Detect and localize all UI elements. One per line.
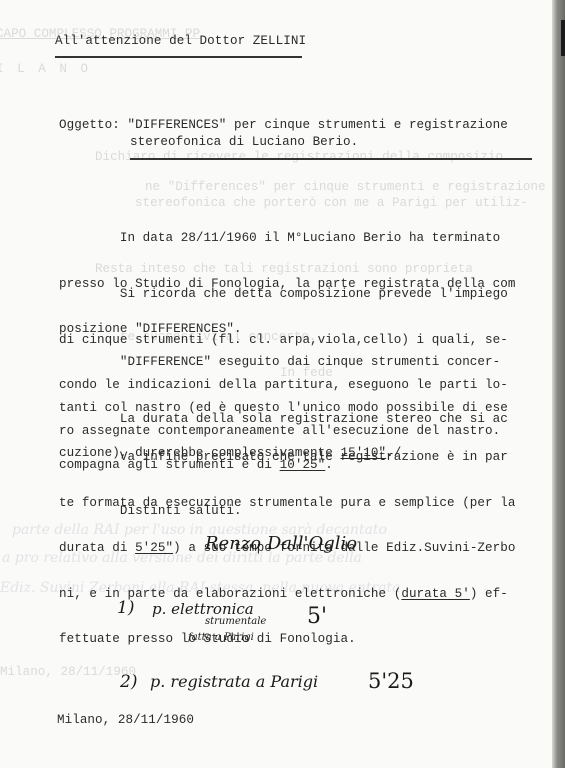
note-2-number: 2) — [120, 672, 137, 692]
note-1-number: 1) — [117, 598, 134, 618]
note-2-text: p. registrata a Parigi — [150, 672, 318, 691]
paragraph-line: fettuate presso lo Studio di Fonologia. — [59, 632, 515, 650]
show-through-city: I L A N O — [0, 62, 91, 76]
paragraph-line: "DIFFERENCE" eseguito dai cinque strumen… — [59, 355, 508, 373]
note-1-subtext: strumentale — [205, 616, 266, 627]
paragraph-line: In data 28/11/1960 il M°Luciano Berio ha… — [59, 231, 515, 249]
note-1-subtext: fatta a Parigi — [188, 632, 254, 643]
signature: Renzo Dall'Oglio — [205, 533, 357, 554]
paragraph-line: Si ricorda che detta composizione preved… — [59, 287, 508, 305]
subject-underline — [130, 158, 532, 160]
page-edge-mark — [561, 20, 565, 56]
subject-line-2: stereofonica di Luciano Berio. — [130, 135, 358, 149]
paragraph-line: Va infine precisato che tale registrazio… — [59, 450, 515, 468]
subject-line-1: Oggetto: "DIFFERENCES" per cinque strume… — [59, 118, 508, 132]
attention-line: All'attenzione del Dottor ZELLINI — [55, 34, 306, 48]
letter-page: CAPO COMPLESSO PROGRAMMI PP I L A N O Di… — [0, 0, 552, 768]
note-1-value: 5' — [307, 604, 327, 629]
page-edge — [552, 0, 565, 768]
show-through-line: ne "Differences" per cinque strumenti e … — [145, 180, 546, 194]
instrumental-duration: 5'25" — [135, 541, 173, 555]
attention-underline — [55, 56, 302, 58]
text: ni, e in parte da elaborazioni elettroni… — [59, 587, 401, 601]
note-2-value: 5'25 — [368, 669, 414, 693]
text: durata di — [59, 541, 135, 555]
closing-salutation: Distinti saluti. — [59, 504, 242, 518]
place-date: Milano, 28/11/1960 — [57, 713, 194, 727]
text: ) ef- — [470, 587, 508, 601]
electronic-duration: durata 5' — [401, 587, 469, 601]
show-through-line: Dichiaro di ricevere le registrazioni de… — [95, 150, 503, 164]
